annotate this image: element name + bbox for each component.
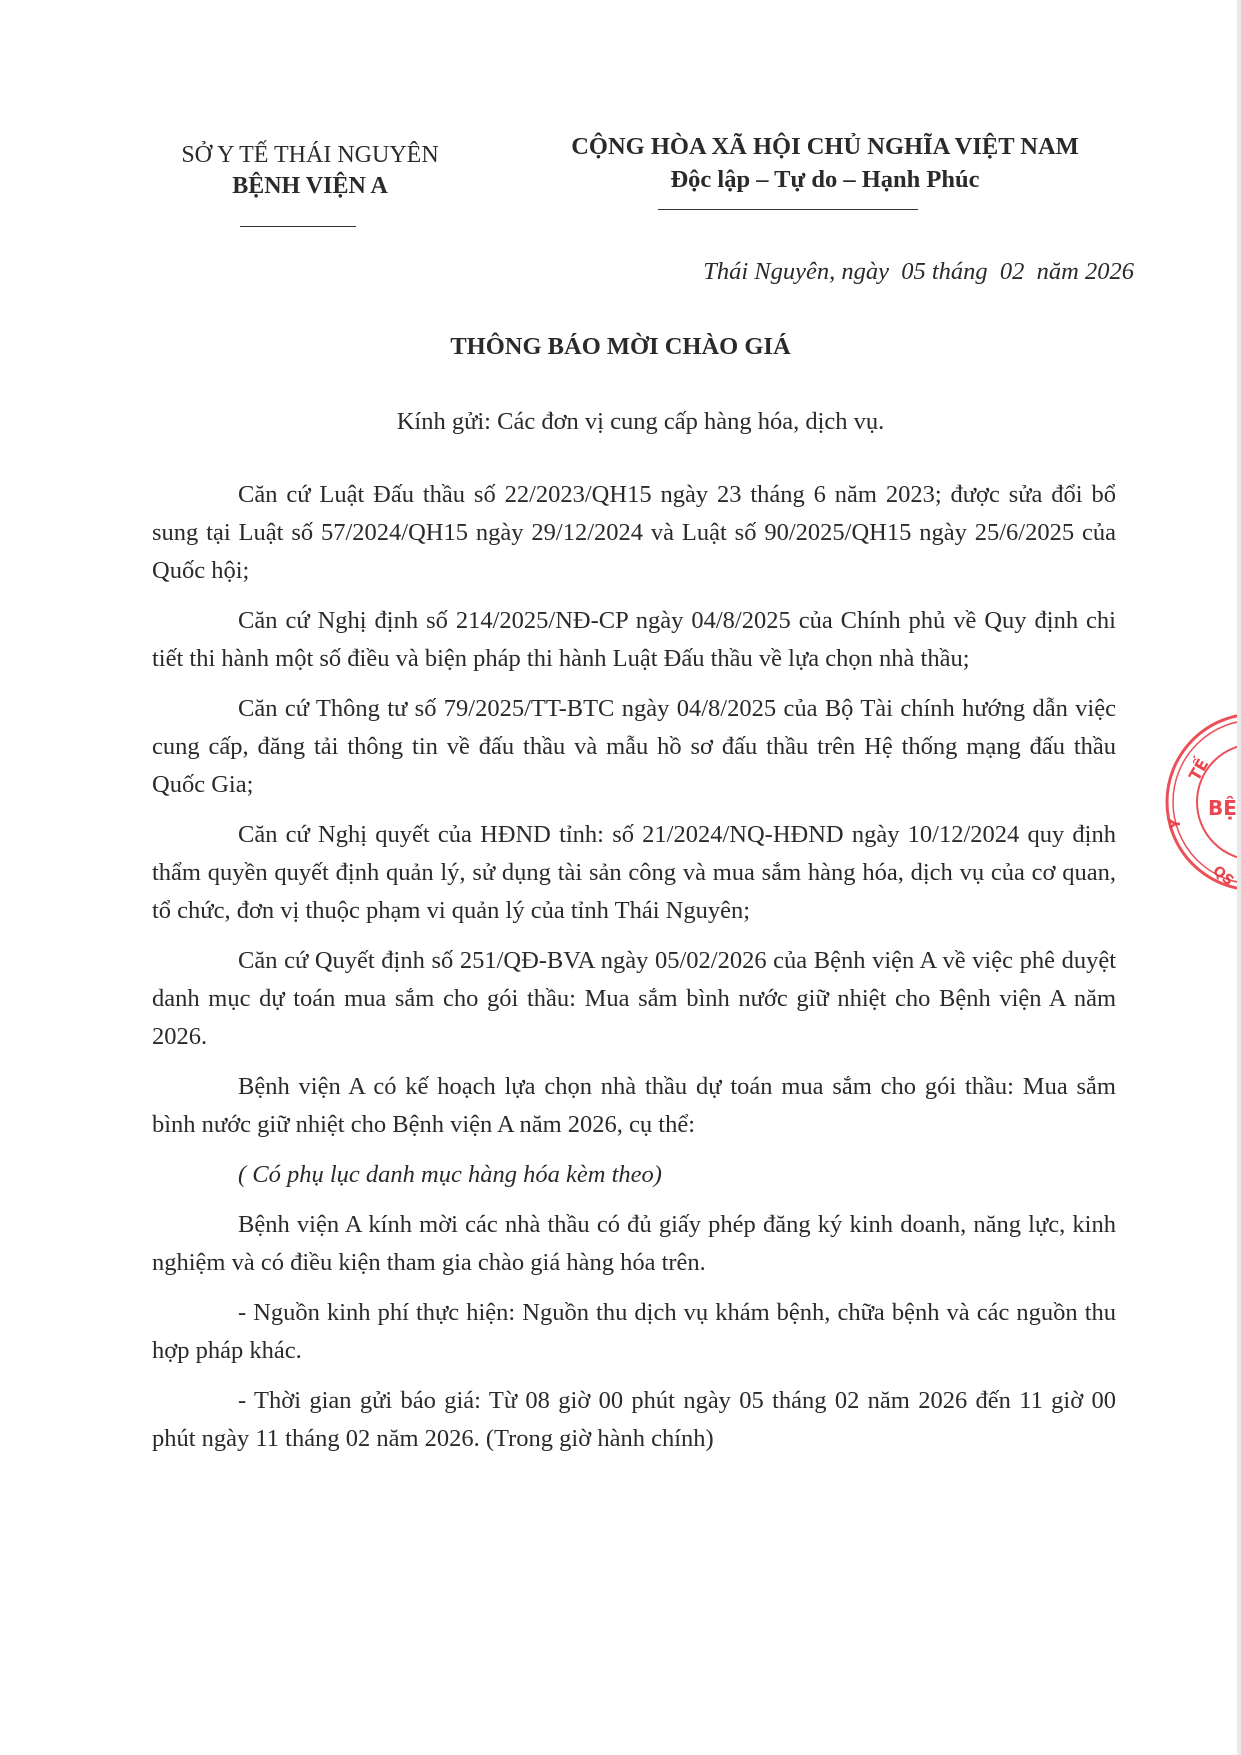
official-seal-icon: TỈNH TẾ Y BỆNH QS: [1160, 707, 1241, 897]
national-heading: CỘNG HÒA XÃ HỘI CHỦ NGHĨA VIỆT NAM Độc l…: [500, 130, 1150, 196]
national-motto: Độc lập – Tự do – Hạnh Phúc: [500, 163, 1150, 196]
document-title: THÔNG BÁO MỜI CHÀO GIÁ: [0, 333, 1241, 361]
svg-text:QS: QS: [1209, 863, 1236, 889]
parent-organization: SỞ Y TẾ THÁI NGUYÊN: [150, 140, 470, 171]
document-body: Căn cứ Luật Đấu thầu số 22/2023/QH15 ngà…: [152, 476, 1116, 1470]
paragraph-legal-basis-law: Căn cứ Luật Đấu thầu số 22/2023/QH15 ngà…: [152, 476, 1116, 590]
paragraph-invitation: Bệnh viện A kính mời các nhà thầu có đủ …: [152, 1206, 1116, 1282]
paragraph-legal-basis-decision: Căn cứ Quyết định số 251/QĐ-BVA ngày 05/…: [152, 942, 1116, 1056]
svg-text:Y: Y: [1168, 818, 1184, 830]
paragraph-legal-basis-resolution: Căn cứ Nghị quyết của HĐND tỉnh: số 21/2…: [152, 816, 1116, 930]
country-name: CỘNG HÒA XÃ HỘI CHỦ NGHĨA VIỆT NAM: [500, 130, 1150, 163]
paragraph-funding-source: - Nguồn kinh phí thực hiện: Nguồn thu dị…: [152, 1294, 1116, 1370]
divider-left: [240, 226, 356, 227]
issuing-organization: SỞ Y TẾ THÁI NGUYÊN BỆNH VIỆN A: [150, 140, 470, 202]
paragraph-submission-time: - Thời gian gửi báo giá: Từ 08 giờ 00 ph…: [152, 1382, 1116, 1458]
paragraph-legal-basis-circular: Căn cứ Thông tư số 79/2025/TT-BTC ngày 0…: [152, 690, 1116, 804]
scan-edge: [1237, 0, 1241, 1755]
document-page: SỞ Y TẾ THÁI NGUYÊN BỆNH VIỆN A CỘNG HÒA…: [0, 0, 1241, 1755]
paragraph-procurement-plan: Bệnh viện A có kế hoạch lựa chọn nhà thầ…: [152, 1068, 1116, 1144]
salutation: Kính gửi: Các đơn vị cung cấp hàng hóa, …: [0, 408, 1241, 436]
svg-text:TẾ: TẾ: [1183, 755, 1212, 784]
dateline: Thái Nguyên, ngày 05 tháng 02 năm 2026: [703, 258, 1134, 286]
organization-name: BỆNH VIỆN A: [150, 171, 470, 202]
paragraph-legal-basis-decree: Căn cứ Nghị định số 214/2025/NĐ-CP ngày …: [152, 602, 1116, 678]
divider-right: [658, 209, 918, 210]
paragraph-appendix-note: ( Có phụ lục danh mục hàng hóa kèm theo): [152, 1156, 1116, 1194]
